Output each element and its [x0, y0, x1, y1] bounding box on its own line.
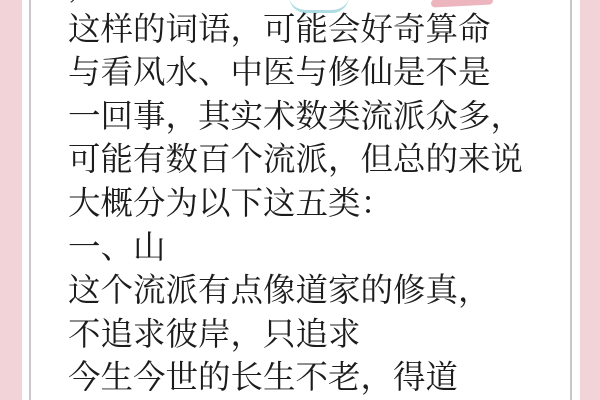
text-line: 这样的词语，可能会好奇算命 [68, 8, 568, 52]
right-pink-border [580, 0, 600, 400]
left-pink-border [0, 0, 22, 400]
text-line: 不追求彼岸，只追求 [68, 313, 568, 357]
right-divider-line [570, 0, 572, 400]
text-line: 这个流派有点像道家的修真， [68, 269, 568, 313]
article-card: ，……可能会………… 这样的词语，可能会好奇算命 与看风水、中医与修仙是不是 一… [31, 0, 570, 400]
image-frame: ，……可能会………… 这样的词语，可能会好奇算命 与看风水、中医与修仙是不是 一… [0, 0, 600, 400]
section-heading: 一、山 [68, 226, 568, 270]
text-line: 可能有数百个流派，但总的来说 [68, 138, 568, 182]
article-text: ，……可能会………… 这样的词语，可能会好奇算命 与看风水、中医与修仙是不是 一… [68, 0, 568, 400]
text-line: 与看风水、中医与修仙是不是 [68, 51, 568, 95]
text-line-cutoff-top: ，……可能会………… [68, 0, 568, 8]
text-line: 一回事，其实术数类流派众多， [68, 95, 568, 139]
text-line-cutoff-bottom: 今生今世的长生不老，得道 [68, 356, 568, 400]
text-line: 大概分为以下这五类： [68, 182, 568, 226]
